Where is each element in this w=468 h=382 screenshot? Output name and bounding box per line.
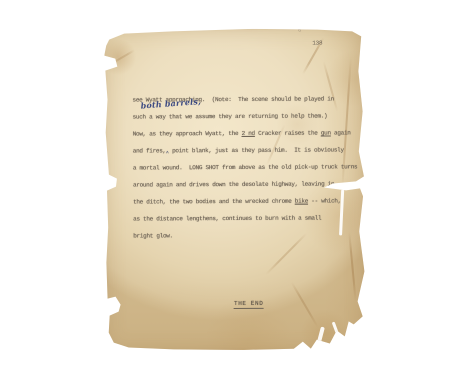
the-end-line: THE END [133,277,363,295]
typed-segment: as the distance lengthens, continues to … [133,215,321,223]
crease-line [111,49,134,63]
pencil-mark: 6 [298,28,301,34]
typed-segment: point blank, just as they pass him. It i… [169,146,344,154]
typed-line: Now, as they approach Wyatt, the 2 nd Cr… [133,124,363,142]
tear-highlight [315,326,325,351]
typed-lines: see Wyatt approaching. (Note: The scene … [132,90,363,244]
the-end-title: THE END [234,300,263,309]
typed-line: and fires,^ point blank, just as they pa… [133,141,363,159]
typed-segment: -- which, [308,197,341,204]
photo-background: 6 138 see Wyatt approaching. (Note: The … [0,0,468,382]
typed-segment: around again and drives down the desolat… [133,180,334,188]
typed-text-block: see Wyatt approaching. (Note: The scene … [132,56,363,329]
typed-segment: Cracker raises the [255,130,321,137]
typed-line: around again and drives down the desolat… [133,175,363,193]
typed-segment: such a way that we assume they are retur… [133,113,328,121]
typed-line: bright glow. [133,226,363,244]
typed-line: a mortal wound. LONG SHOT from above as … [133,158,363,176]
typed-line: such a way that we assume they are retur… [133,107,363,125]
typed-line: as the distance lengthens, continues to … [133,209,363,227]
typed-segment: and fires, [133,147,166,154]
underlined-text: bike [295,198,308,205]
typed-line: the ditch, the two bodies and the wrecke… [133,192,363,210]
underlined-text: 2 nd [242,130,255,137]
typed-segment: bright glow. [133,232,173,239]
underlined-text: gun [321,129,331,136]
typed-segment: again [331,129,351,136]
typed-segment: a mortal wound. LONG SHOT from above as … [133,163,357,171]
typed-segment: the ditch, the two bodies and the wrecke… [133,198,295,206]
script-page: 6 138 see Wyatt approaching. (Note: The … [102,26,367,353]
typed-segment: Now, as they approach Wyatt, the [133,130,242,138]
page-number: 138 [312,40,322,47]
